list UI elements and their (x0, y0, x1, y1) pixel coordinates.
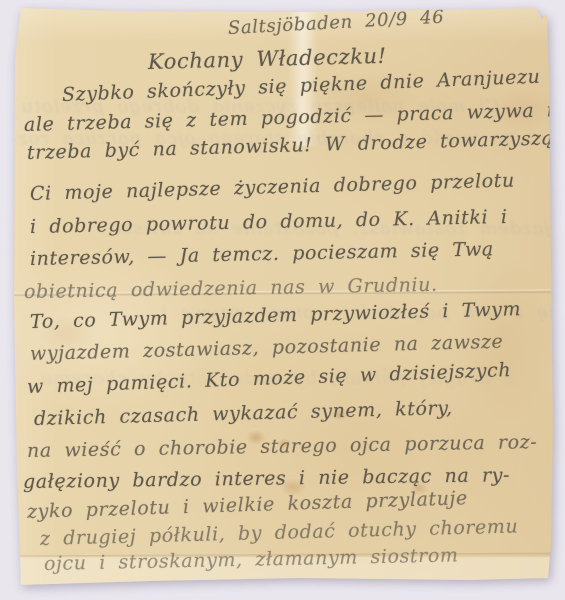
letter-line: Ci moje najlepsze życzenia dobrego przel… (30, 169, 515, 205)
letter-line: To, co Twym przyjazdem przywiozłeś i Twy… (30, 298, 522, 333)
letter-paper: Ci moje najlepsze życzenia dobrego przel… (0, 0, 565, 600)
letter-line: interesów, — Ja temcz. pocieszam się Twą (30, 238, 494, 270)
letter-line: obietnicą odwiedzenia nas w Grudniu. (24, 274, 438, 303)
letter-line: ojcu i stroskanym, złamanym siostrom (44, 544, 459, 575)
letter-line: na wieść o chorobie starego ojca porzuca… (27, 431, 538, 462)
letter-line: i dobrego powrotu do domu, do K. Anitki … (30, 206, 508, 238)
letter-line: w mej pamięci. Kto może się w dzisiejszy… (27, 359, 512, 398)
letter-line: dzikich czasach wykazać synem, który, (34, 397, 453, 430)
scanned-letter-photo: Ci moje najlepsze życzenia dobrego przel… (0, 0, 565, 600)
letter-salutation: Kochany Władeczku! (148, 44, 387, 74)
letter-dateline: Saltsjöbaden 20/9 46 (227, 7, 444, 39)
letter-line: wyjazdem zostawiasz, pozostanie na zawsz… (30, 331, 504, 365)
letter-line: Szybko skończyły się piękne dnie Aranjue… (62, 66, 541, 106)
letter-paper-wrap: Ci moje najlepsze życzenia dobrego przel… (0, 0, 565, 600)
